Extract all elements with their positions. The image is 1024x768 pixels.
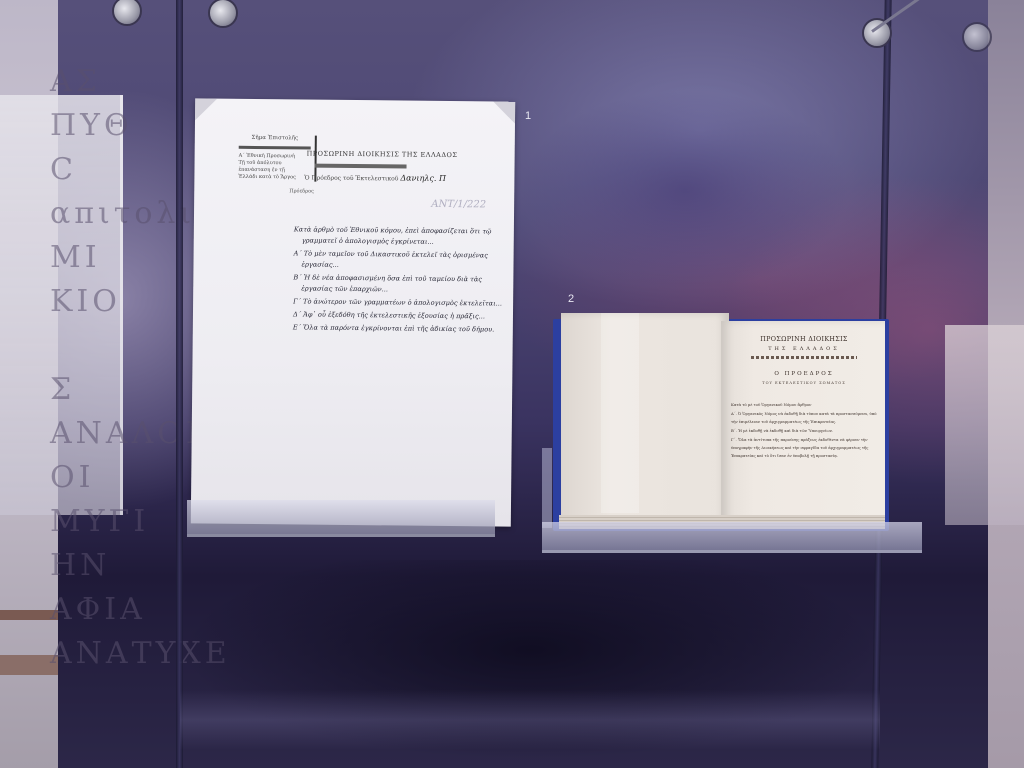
printed-book: ΠΡΟΣΩΡΙΝΗ ΔΙΟΙΚΗΣΙΣ ΤΗΣ ΕΛΛΑΔΟΣ Ο ΠΡΟΕΔΡ… — [553, 313, 893, 530]
glass-reflection-band — [180, 690, 880, 750]
printed-text: Κατὰ τὸ μὲ τοῦ Ὀργανικοῦ Νόμου ἄρθρον Α΄… — [731, 401, 877, 461]
glass-mount-bolt-icon — [208, 0, 238, 28]
acrylic-stand-post — [542, 448, 552, 528]
handwritten-text: Κατὰ ἀρθμὸ τοῦ Ἐθνικοῦ κόμου, ἐπεὶ ἀποφα… — [293, 224, 506, 337]
exhibit-number-2: 2 — [568, 293, 574, 305]
ornamental-rule — [315, 164, 407, 169]
glass-mount-bolt-icon — [862, 18, 892, 48]
letterhead-rule — [239, 146, 311, 150]
photo-corner — [195, 98, 217, 120]
exhibit-number-1: 1 — [525, 110, 531, 122]
glass-mount-bolt-icon — [962, 22, 992, 52]
photo-corner — [493, 101, 515, 123]
archive-pencil-note: ΑΝΤ/1/222 — [431, 199, 486, 211]
book-title: ΠΡΟΣΩΡΙΝΗ ΔΙΟΙΚΗΣΙΣ — [729, 335, 879, 343]
document-subheading: Ὁ Πρόεδρος τοῦ Ἐκτελεστικοῦ Δανιηλς. Π — [304, 172, 446, 182]
handwritten-document: Σῆμα Ἐπιστολῆς Α΄ Ἐθνικὴ Προσωρινὴ Τῇ το… — [191, 98, 515, 526]
salutation: Πρόεδρος — [289, 188, 314, 194]
display-case-scene: ΑΣ ΠΥΘ Ϲ απιτολιγ ΜΙ ΚΙΟ Σ ΑΝΑΛΟΓΟ ΟΙ ΜΥ… — [0, 0, 1024, 768]
book-subtitle: ΤΗΣ ΕΛΛΑΔΟΣ — [729, 346, 879, 352]
ornamental-rule — [751, 356, 857, 359]
president-line: Ο ΠΡΟΕΔΡΟΣ — [729, 371, 879, 377]
reflected-fresco-text: ΑΣ ΠΥΘ Ϲ απιτολιγ ΜΙ ΚΙΟ Σ ΑΝΑΛΟΓΟ ΟΙ ΜΥ… — [50, 60, 180, 676]
acrylic-stand-1 — [187, 500, 495, 537]
fresco-background — [520, 90, 850, 290]
document-heading: ΠΡΟΣΩΡΙΝΗ ΔΙΟΙΚΗΣΙΣ ΤΗΣ ΕΛΛΑΔΟΣ — [307, 150, 458, 160]
book-left-page — [561, 313, 729, 523]
president-subline: ΤΟΥ ΕΚΤΕΛΕΣΤΙΚΟΥ ΣΩΜΑΤΟΣ — [729, 381, 879, 385]
glass-mount-bolt-icon — [112, 0, 142, 26]
protective-sleeve — [601, 313, 639, 513]
acrylic-stand-2 — [542, 522, 922, 553]
book-right-page: ΠΡΟΣΩΡΙΝΗ ΔΙΟΙΚΗΣΙΣ ΤΗΣ ΕΛΛΑΔΟΣ Ο ΠΡΟΕΔΡ… — [721, 321, 885, 527]
reflected-document-right — [945, 325, 1024, 525]
